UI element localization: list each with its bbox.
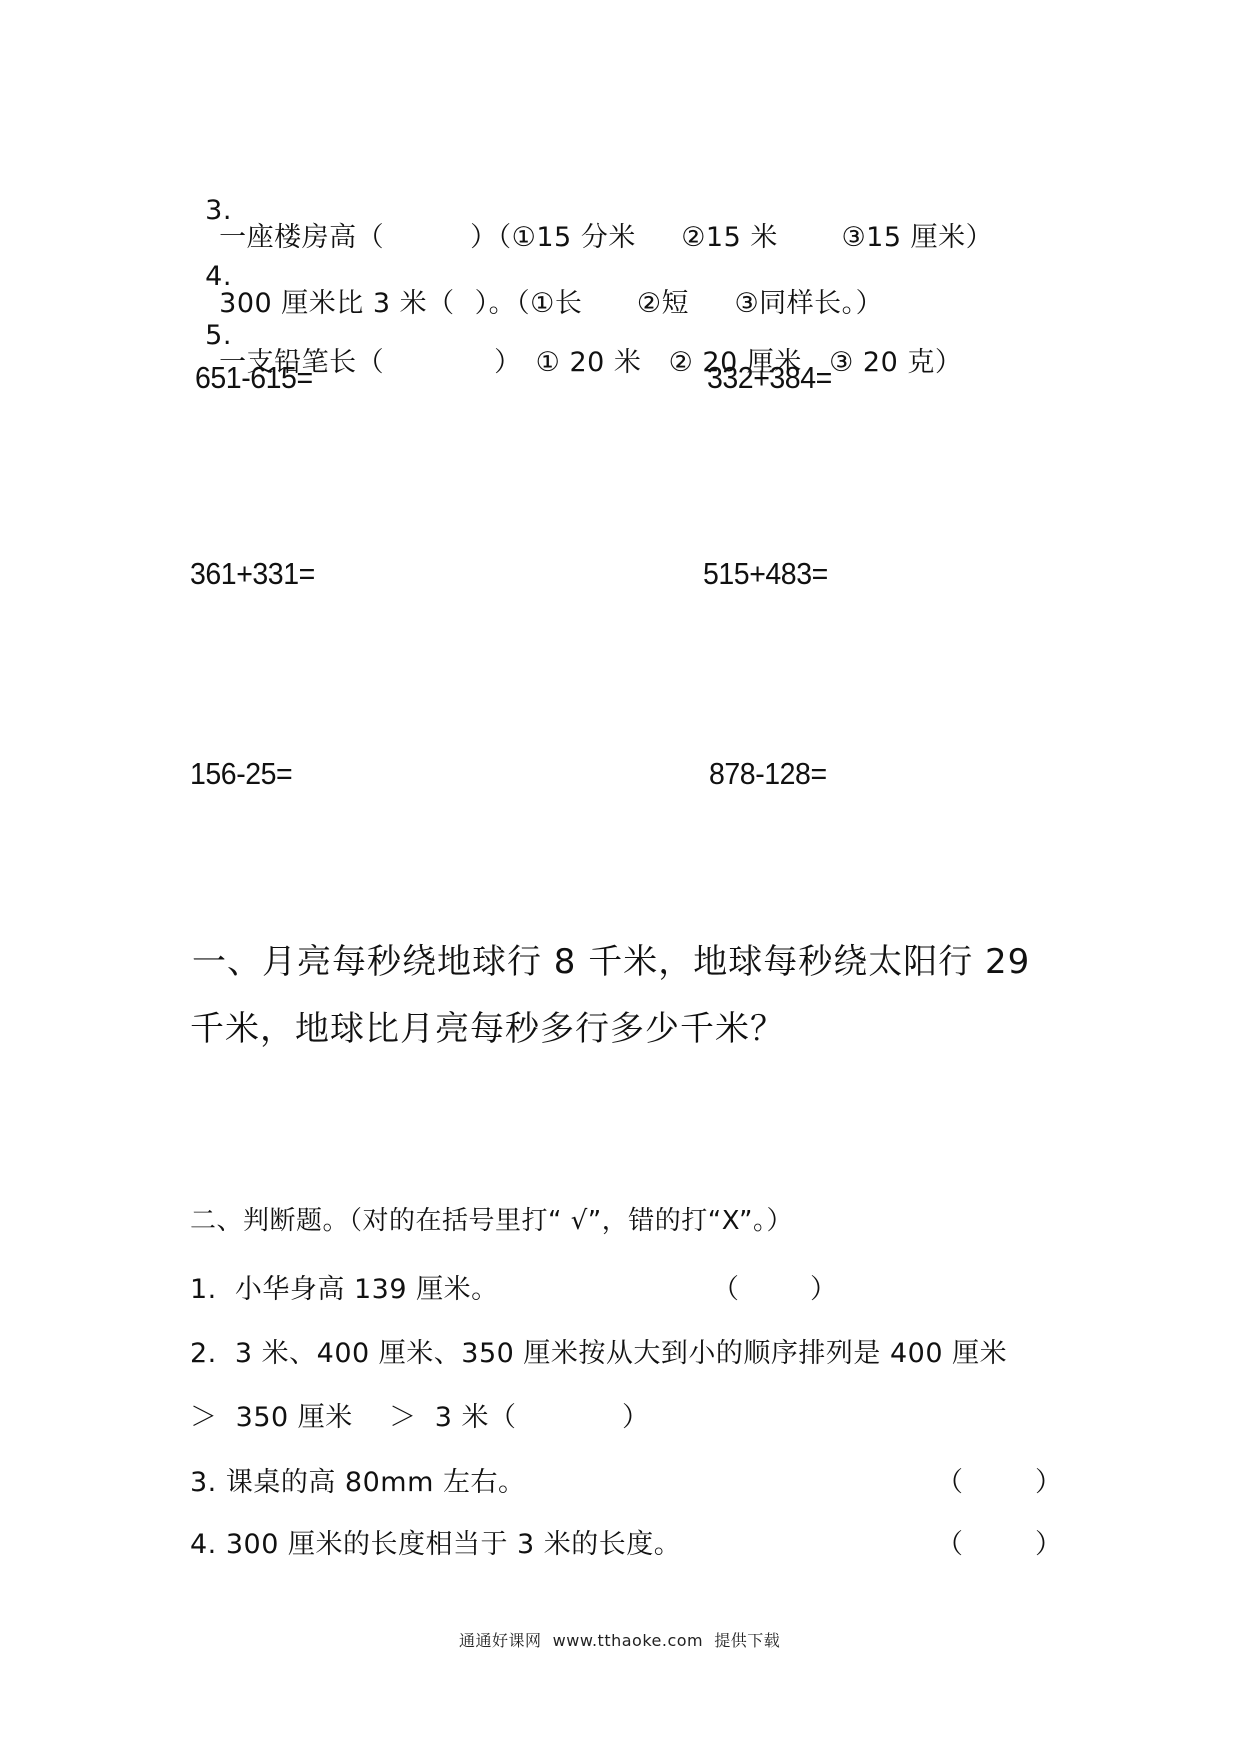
judgment-item-4-close-paren: ）: [1035, 1531, 1062, 1558]
word-problem-line-1: 一、月亮每秒绕地球行 8 千米，地球每秒绕太阳行 29: [192, 945, 1030, 979]
judgment-item-2-answer-blank[interactable]: [530, 1404, 620, 1432]
judgment-item-3-open-paren: （: [936, 1469, 963, 1496]
equation: 156-25=: [190, 758, 292, 789]
question-close: ）: [494, 347, 522, 378]
equation: 651-615=: [195, 362, 313, 393]
equation: 878-128=: [709, 758, 827, 789]
judgment-heading: 二、判断题。（对的在括号里打“ √”，错的打“X”。）: [190, 1208, 793, 1234]
equation: 515+483=: [703, 558, 828, 589]
judgment-item-1-open-paren: （: [712, 1276, 739, 1303]
judgment-item-3-answer-blank[interactable]: [968, 1469, 1038, 1497]
equation: 361+331=: [190, 558, 315, 589]
equation: 332+384=: [707, 362, 832, 393]
judgment-item-3-close-paren: ）: [1035, 1469, 1062, 1496]
footer-watermark: 通通好课网 www.tthaoke.com 提供下载: [459, 1633, 780, 1649]
judgment-item-4: 4. 300 厘米的长度相当于 3 米的长度。: [190, 1531, 681, 1558]
judgment-item-3: 3. 课桌的高 80mm 左右。: [190, 1469, 525, 1496]
judgment-item-2: 2. 3 米、400 厘米、350 厘米按从大到小的顺序排列是 400 厘米: [190, 1340, 1007, 1367]
judgment-item-1: 1. 小华身高 139 厘米。: [190, 1276, 499, 1303]
judgment-item-4-answer-blank[interactable]: [968, 1531, 1038, 1559]
word-problem-line-2: 千米，地球比月亮每秒多行多少千米？: [190, 1012, 785, 1046]
judgment-item-2-continued: ＞ 350 厘米 ＞ 3 米（: [190, 1404, 517, 1431]
judgment-item-2-close-paren: ）: [622, 1404, 649, 1431]
judgment-item-1-close-paren: ）: [810, 1276, 837, 1303]
judgment-item-1-answer-blank[interactable]: [745, 1276, 815, 1304]
judgment-item-4-open-paren: （: [936, 1531, 963, 1558]
